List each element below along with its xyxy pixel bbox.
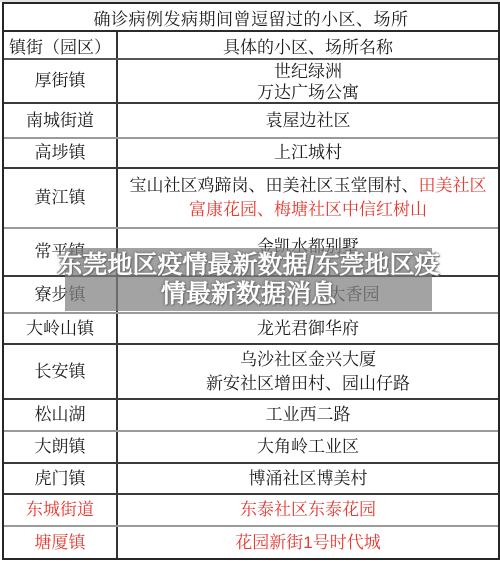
town-cell: 厚街镇: [4, 60, 118, 102]
town-label: 虎门镇: [35, 467, 86, 491]
town-cell: 南城街道: [4, 104, 118, 137]
place-text: 万达广场公寓: [257, 83, 359, 102]
column-header-town-label: 镇街（园区）: [9, 33, 111, 58]
place-line: 东泰社区东泰花园: [240, 498, 376, 522]
places-cell: 上江城村: [118, 139, 498, 167]
town-cell: 塘厦镇: [4, 527, 118, 558]
places-cell: 龙光君御华府: [118, 314, 498, 343]
town-cell: 东城街道: [4, 495, 118, 525]
table-row: 高埗镇上江城村: [4, 139, 498, 169]
places-cell: 宝山社区鸡蹄岗、田美社区玉堂围村、田美社区富康花园、梅塘社区中信红树山: [118, 169, 498, 227]
town-cell: 松山湖: [4, 400, 118, 430]
table-row: 大朗镇大角岭工业区: [4, 432, 498, 464]
place-text: 新安社区增田村、园山仔路: [206, 374, 410, 393]
table-row: 长安镇乌沙社区金兴大厦新安社区增田村、园山仔路: [4, 345, 498, 400]
place-text: 宝山社区鸡蹄岗、田美社区玉堂围村、: [130, 176, 419, 195]
place-line: 乌沙社区金兴大厦: [240, 348, 376, 372]
table-title: 确诊病例发病期间曾逗留过的小区、场所: [94, 5, 409, 30]
place-line: 宝山社区鸡蹄岗、田美社区玉堂围村、田美社区: [130, 174, 487, 198]
table-header-row: 镇街（园区） 具体的小区、场所名称: [4, 32, 498, 60]
places-cell: 博涌社区博美村: [118, 464, 498, 493]
town-label: 高埗镇: [35, 141, 86, 165]
town-label: 东城街道: [26, 498, 94, 522]
place-line: 博涌社区博美村: [249, 467, 368, 491]
column-header-places: 具体的小区、场所名称: [118, 32, 498, 58]
table-row: 大岭山镇龙光君御华府: [4, 314, 498, 345]
town-cell: 黄江镇: [4, 169, 118, 227]
places-cell: 袁屋边社区: [118, 104, 498, 137]
place-text: 富康花园、梅塘社区中信红树山: [189, 200, 427, 219]
table-row: 黄江镇宝山社区鸡蹄岗、田美社区玉堂围村、田美社区富康花园、梅塘社区中信红树山: [4, 169, 498, 229]
place-line: 花园新街1号时代城: [235, 531, 380, 555]
table-row: 塘厦镇花园新街1号时代城: [4, 527, 498, 558]
place-line: 上江城村: [274, 141, 342, 165]
town-label: 厚街镇: [35, 69, 86, 93]
town-cell: 大岭山镇: [4, 314, 118, 343]
places-cell: 乌沙社区金兴大厦新安社区增田村、园山仔路: [118, 345, 498, 398]
town-label: 大岭山镇: [26, 317, 94, 341]
place-text: 大角岭工业区: [257, 437, 359, 456]
place-text: 田美社区: [419, 176, 487, 195]
table-row: 东城街道东泰社区东泰花园: [4, 495, 498, 527]
column-header-places-label: 具体的小区、场所名称: [223, 33, 393, 58]
watermark-text-line1: 东莞地区疫情最新数据/东莞地区疫: [58, 251, 440, 280]
places-cell: 大角岭工业区: [118, 432, 498, 462]
place-line: 新安社区增田村、园山仔路: [206, 372, 410, 396]
column-header-town: 镇街（园区）: [4, 32, 118, 58]
place-text: 袁屋边社区: [266, 111, 351, 130]
table-row: 松山湖工业西二路: [4, 400, 498, 432]
table-row: 厚街镇世纪绿洲万达广场公寓: [4, 60, 498, 104]
town-label: 松山湖: [35, 403, 86, 427]
place-line: 大角岭工业区: [257, 435, 359, 459]
town-cell: 虎门镇: [4, 464, 118, 493]
place-text: 乌沙社区金兴大厦: [240, 350, 376, 369]
place-text: 上江城村: [274, 143, 342, 162]
place-text: 东泰社区东泰花园: [240, 500, 376, 519]
place-text: 花园新街1号时代城: [235, 533, 380, 552]
watermark-text-line2: 情最新数据消息: [161, 280, 336, 309]
town-label: 南城街道: [26, 109, 94, 133]
table-title-row: 确诊病例发病期间曾逗留过的小区、场所: [4, 4, 498, 32]
town-label: 大朗镇: [35, 435, 86, 459]
town-cell: 高埗镇: [4, 139, 118, 167]
place-line: 世纪绿洲: [274, 60, 342, 81]
town-label: 黄江镇: [35, 186, 86, 210]
place-text: 工业西二路: [266, 405, 351, 424]
place-line: 富康花园、梅塘社区中信红树山: [189, 198, 427, 222]
places-cell: 东泰社区东泰花园: [118, 495, 498, 525]
places-cell: 花园新街1号时代城: [118, 527, 498, 558]
place-line: 袁屋边社区: [266, 109, 351, 133]
place-line: 龙光君御华府: [257, 317, 359, 341]
watermark-overlay: 东莞地区疫情最新数据/东莞地区疫 情最新数据消息: [65, 248, 432, 311]
place-text: 博涌社区博美村: [249, 469, 368, 488]
place-line: 万达广场公寓: [257, 81, 359, 102]
town-label: 长安镇: [35, 360, 86, 384]
town-label: 塘厦镇: [35, 531, 86, 555]
town-cell: 大朗镇: [4, 432, 118, 462]
place-line: 工业西二路: [266, 403, 351, 427]
places-cell: 世纪绿洲万达广场公寓: [118, 60, 498, 102]
places-cell: 工业西二路: [118, 400, 498, 430]
place-text: 龙光君御华府: [257, 319, 359, 338]
table-row: 虎门镇博涌社区博美村: [4, 464, 498, 495]
place-text: 世纪绿洲: [274, 62, 342, 81]
table-row: 南城街道袁屋边社区: [4, 104, 498, 139]
town-cell: 长安镇: [4, 345, 118, 398]
